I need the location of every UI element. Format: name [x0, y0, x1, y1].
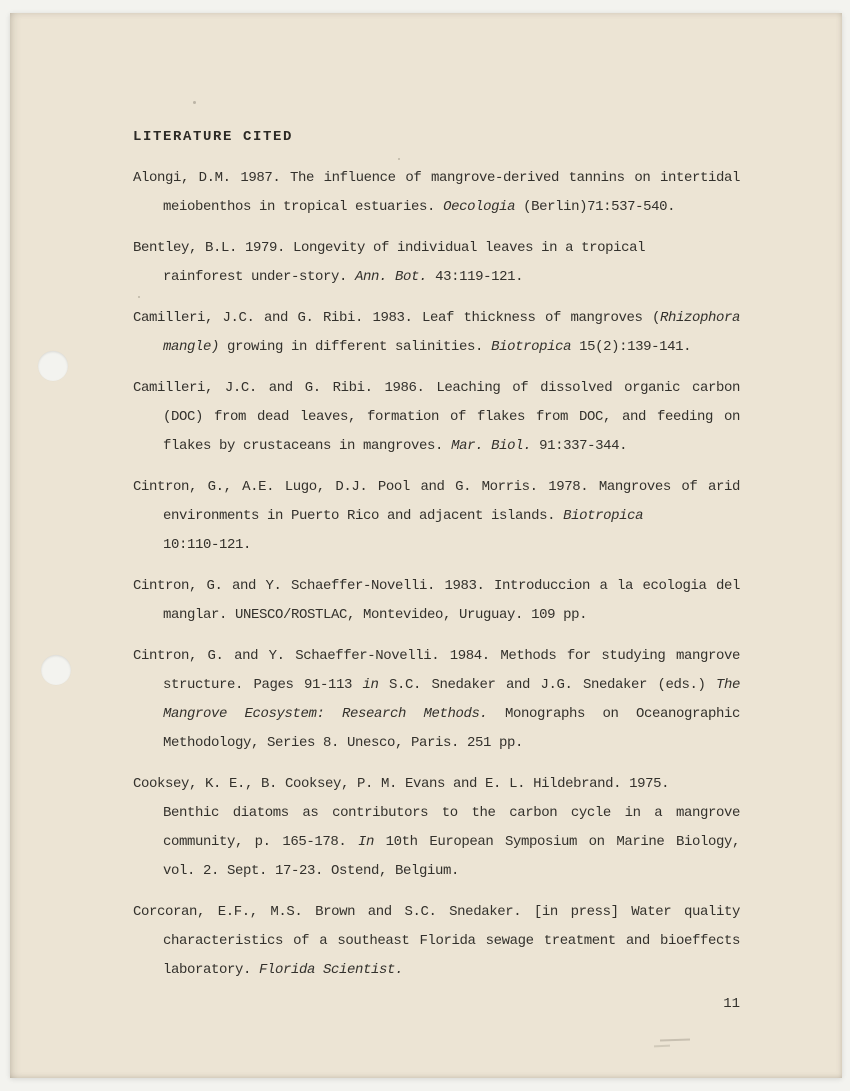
pencil-mark — [660, 1038, 690, 1041]
reference-line: Alongi, D.M. 1987. The influence of mang… — [133, 164, 740, 193]
plain-text: Cintron, G. and Y. Schaeffer-Novelli. 19… — [133, 578, 740, 594]
italic-text: Biotropica — [491, 339, 571, 355]
reference-line: laboratory. Florida Scientist. — [133, 956, 740, 985]
plain-text: (Berlin)71:537-540. — [515, 199, 675, 215]
paper-speck — [193, 101, 196, 104]
punch-hole-bottom — [41, 655, 71, 685]
plain-text: Bentley, B.L. 1979. Longevity of individ… — [133, 240, 645, 256]
plain-text: rainforest under-story. — [163, 269, 355, 285]
reference-line: structure. Pages 91-113 in S.C. Snedaker… — [133, 671, 740, 700]
reference-entry: Alongi, D.M. 1987. The influence of mang… — [133, 164, 740, 222]
plain-text: Camilleri, J.C. and G. Ribi. 1986. Leach… — [133, 380, 740, 396]
plain-text: structure. Pages 91-113 — [163, 677, 363, 693]
reference-line: environments in Puerto Rico and adjacent… — [133, 502, 740, 531]
reference-line: 10:110-121. — [133, 531, 740, 560]
plain-text: Corcoran, E.F., M.S. Brown and S.C. Sned… — [133, 904, 740, 920]
italic-text: The — [716, 677, 740, 693]
reference-line: Cintron, G. and Y. Schaeffer-Novelli. 19… — [133, 642, 740, 671]
reference-entry: Camilleri, J.C. and G. Ribi. 1983. Leaf … — [133, 304, 740, 362]
scan-background: LITERATURE CITED Alongi, D.M. 1987. The … — [0, 0, 850, 1091]
reference-line: Mangrove Ecosystem: Research Methods. Mo… — [133, 700, 740, 729]
reference-line: Camilleri, J.C. and G. Ribi. 1986. Leach… — [133, 374, 740, 403]
plain-text: 10th European Symposium on Marine Biolog… — [374, 834, 740, 850]
document-page: LITERATURE CITED Alongi, D.M. 1987. The … — [10, 13, 842, 1078]
italic-text: In — [358, 834, 374, 850]
plain-text: characteristics of a southeast Florida s… — [163, 933, 740, 949]
plain-text: Monographs on Oceanographic — [488, 706, 740, 722]
reference-entry: Camilleri, J.C. and G. Ribi. 1986. Leach… — [133, 374, 740, 461]
italic-text: Mar. Biol. — [451, 438, 531, 454]
italic-text: mangle) — [163, 339, 219, 355]
italic-text: Rhizophora — [660, 310, 740, 326]
reference-line: community, p. 165-178. In 10th European … — [133, 828, 740, 857]
reference-line: Corcoran, E.F., M.S. Brown and S.C. Sned… — [133, 898, 740, 927]
plain-text: S.C. Snedaker and J.G. Snedaker (eds.) — [379, 677, 716, 693]
reference-entry: Bentley, B.L. 1979. Longevity of individ… — [133, 234, 740, 292]
section-title: LITERATURE CITED — [133, 123, 740, 152]
reference-line: flakes by crustaceans in mangroves. Mar.… — [133, 432, 740, 461]
plain-text: Benthic diatoms as contributors to the c… — [163, 805, 740, 821]
plain-text: Cintron, G., A.E. Lugo, D.J. Pool and G.… — [133, 479, 740, 495]
plain-text: (DOC) from dead leaves, formation of fla… — [163, 409, 740, 425]
italic-text: Mangrove Ecosystem: Research Methods. — [163, 706, 488, 722]
plain-text: vol. 2. Sept. 17-23. Ostend, Belgium. — [163, 863, 459, 879]
plain-text: laboratory. — [163, 962, 259, 978]
plain-text: Cintron, G. and Y. Schaeffer-Novelli. 19… — [133, 648, 740, 664]
italic-text: Florida Scientist. — [259, 962, 403, 978]
punch-hole-top — [38, 351, 68, 381]
reference-line: vol. 2. Sept. 17-23. Ostend, Belgium. — [133, 857, 740, 886]
plain-text: growing in different salinities. — [219, 339, 491, 355]
plain-text: 43:119-121. — [427, 269, 523, 285]
plain-text: 15(2):139-141. — [571, 339, 691, 355]
pencil-mark — [654, 1045, 670, 1048]
plain-text: Alongi, D.M. 1987. The influence of mang… — [133, 170, 740, 186]
reference-line: Bentley, B.L. 1979. Longevity of individ… — [133, 234, 740, 263]
italic-text: Oecologia — [443, 199, 515, 215]
reference-line: rainforest under-story. Ann. Bot. 43:119… — [133, 263, 740, 292]
reference-line: Cintron, G., A.E. Lugo, D.J. Pool and G.… — [133, 473, 740, 502]
plain-text: Methodology, Series 8. Unesco, Paris. 25… — [163, 735, 523, 751]
plain-text: manglar. UNESCO/ROSTLAC, Montevideo, Uru… — [163, 607, 587, 623]
plain-text: environments in Puerto Rico and adjacent… — [163, 508, 563, 524]
plain-text: meiobenthos in tropical estuaries. — [163, 199, 443, 215]
plain-text: Camilleri, J.C. and G. Ribi. 1983. Leaf … — [133, 310, 660, 326]
plain-text: flakes by crustaceans in mangroves. — [163, 438, 451, 454]
reference-line: meiobenthos in tropical estuaries. Oecol… — [133, 193, 740, 222]
reference-entry: Corcoran, E.F., M.S. Brown and S.C. Sned… — [133, 898, 740, 985]
italic-text: in — [363, 677, 379, 693]
reference-line: mangle) growing in different salinities.… — [133, 333, 740, 362]
plain-text: 91:337-344. — [531, 438, 627, 454]
reference-entry: Cintron, G., A.E. Lugo, D.J. Pool and G.… — [133, 473, 740, 560]
reference-entry: Cintron, G. and Y. Schaeffer-Novelli. 19… — [133, 642, 740, 758]
plain-text: community, p. 165-178. — [163, 834, 358, 850]
reference-entry: Cooksey, K. E., B. Cooksey, P. M. Evans … — [133, 770, 740, 886]
reference-line: Methodology, Series 8. Unesco, Paris. 25… — [133, 729, 740, 758]
reference-line: Cintron, G. and Y. Schaeffer-Novelli. 19… — [133, 572, 740, 601]
reference-line: Camilleri, J.C. and G. Ribi. 1983. Leaf … — [133, 304, 740, 333]
reference-entry: Cintron, G. and Y. Schaeffer-Novelli. 19… — [133, 572, 740, 630]
plain-text: 10:110-121. — [163, 537, 251, 553]
plain-text: Cooksey, K. E., B. Cooksey, P. M. Evans … — [133, 776, 669, 792]
reference-line: Cooksey, K. E., B. Cooksey, P. M. Evans … — [133, 770, 740, 799]
reference-line: manglar. UNESCO/ROSTLAC, Montevideo, Uru… — [133, 601, 740, 630]
reference-line: Benthic diatoms as contributors to the c… — [133, 799, 740, 828]
reference-list: Alongi, D.M. 1987. The influence of mang… — [133, 164, 740, 985]
reference-line: characteristics of a southeast Florida s… — [133, 927, 740, 956]
italic-text: Biotropica — [563, 508, 643, 524]
italic-text: Ann. Bot. — [355, 269, 427, 285]
reference-line: (DOC) from dead leaves, formation of fla… — [133, 403, 740, 432]
page-number: 11 — [133, 990, 740, 1019]
page-content: LITERATURE CITED Alongi, D.M. 1987. The … — [133, 123, 740, 985]
